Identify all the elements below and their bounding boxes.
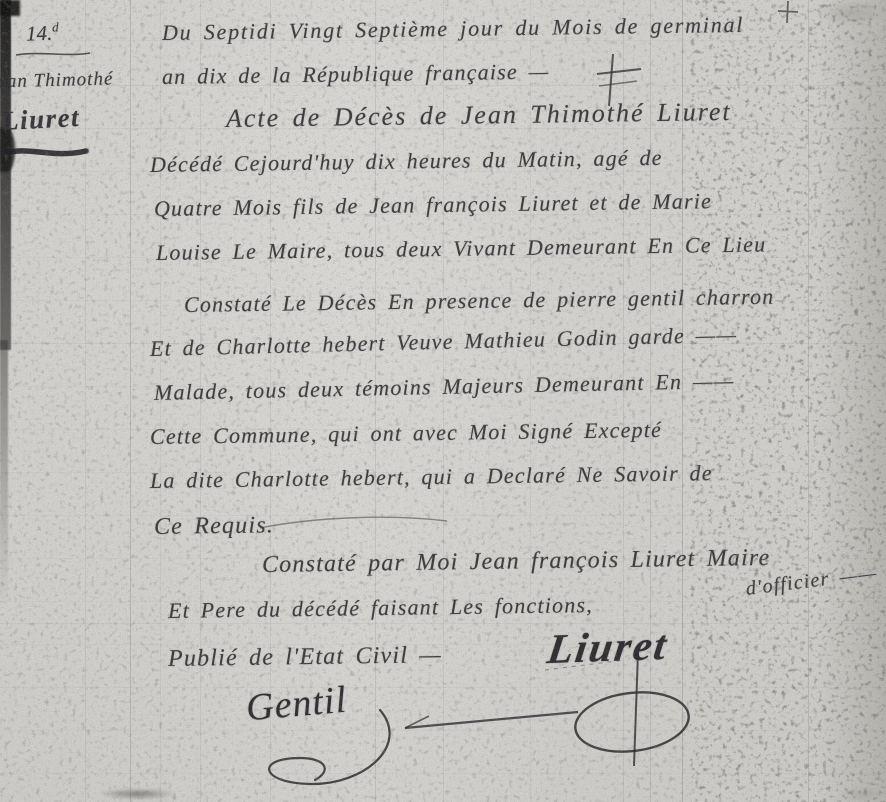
act-line-excepte: La dite Charlotte hebert, qui a Declaré … [150, 460, 713, 494]
margin-entry-number-main: 14. [26, 21, 53, 46]
act-line-pere-fonctions: Et Pere du décédé faisant Les fonctions, [168, 592, 593, 624]
paper-shade-right [816, 0, 886, 802]
ruled-line-vertical [130, 0, 131, 802]
act-line-mere: Louise Le Maire, tous deux Vivant Demeur… [156, 231, 767, 266]
margin-entry-number: 14.d [26, 19, 60, 46]
margin-entry-number-suffix: d [52, 19, 59, 34]
binding-gutter-shadow [0, 340, 8, 610]
signature-officer: Liuret [544, 622, 671, 674]
act-line-age-parents: Quatre Mois fils de Jean françois Liuret… [154, 188, 712, 222]
act-line-constate-maire: Constaté par Moi Jean françois Liuret Ma… [262, 545, 771, 579]
act-line-temoins-majeurs: Malade, tous deux témoins Majeurs Demeur… [154, 368, 735, 406]
margin-number-underline [14, 48, 94, 60]
scanned-death-record-page: 14.d Jean Thimothé Liuret Du Septidi Vin… [0, 0, 886, 802]
binding-corner-shadow [0, 0, 20, 16]
act-line-commune-signe: Cette Commune, qui ont avec Moi Signé Ex… [150, 417, 662, 450]
ruled-line-horizontal [0, 773, 886, 774]
binding-gutter-shadow [0, 0, 11, 350]
margin-name-flourish [0, 142, 92, 164]
bottom-edge-smudge [86, 786, 190, 802]
ruled-line-horizontal [0, 730, 886, 731]
paper-shade-bottom-right [646, 642, 886, 802]
act-line-year: an dix de la République française — [162, 59, 550, 90]
ruled-line-horizontal [0, 623, 886, 624]
requis-flourish-line [255, 512, 455, 534]
ruled-line-horizontal [0, 644, 886, 645]
act-line-deces: Décédé Cejourd'huy dix heures du Matin, … [150, 145, 663, 178]
signature-witness: Gentil [244, 678, 348, 731]
act-line-constat-temoin1: Constaté Le Décès En presence de pierre … [184, 284, 775, 318]
act-line-title: Acte de Décès de Jean Thimothé Liuret [226, 97, 732, 134]
top-edge-cross-mark [775, 0, 801, 26]
act-line-date: Du Septidi Vingt Septième jour du Mois d… [162, 12, 745, 46]
ruled-line-horizontal [0, 515, 886, 516]
margin-name-last: Liuret [1, 102, 81, 137]
ruled-line-vertical [808, 0, 809, 802]
ruled-line-horizontal [0, 687, 886, 688]
margin-name-first: Jean Thimothé [0, 68, 114, 93]
act-line-requis: Ce Requis. [154, 512, 274, 541]
act-line-temoin2: Et de Charlotte hebert Veuve Mathieu God… [150, 322, 738, 362]
act-line-etat-civil: Publié de l'Etat Civil — [168, 642, 442, 673]
ruled-line-vertical [85, 0, 86, 802]
